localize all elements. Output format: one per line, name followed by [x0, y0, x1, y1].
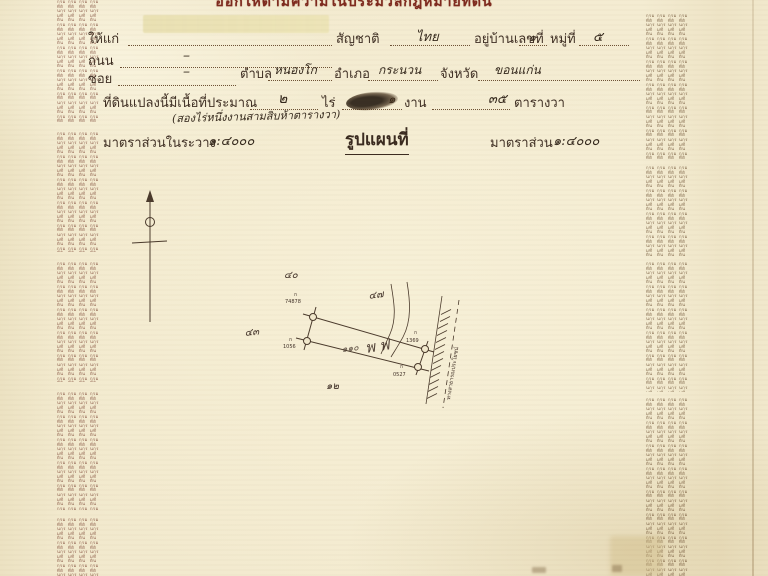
road-label: ทางสาธารณประโยชน์ — [444, 346, 460, 400]
corner-number-br: 0527 — [393, 372, 406, 378]
neighbor-parcel-top-left: ๔๐ — [284, 270, 299, 281]
public-road: ทางสาธารณประโยชน์ — [426, 296, 460, 408]
boundary-stone-labels: ก 74878 ก 1056 ก 1369 ก 0527 — [283, 292, 419, 378]
neighbor-parcel-numbers: ๔๐ ๔๗ ๔๓ ๑๒ — [244, 270, 386, 392]
neighbor-parcel-top: ๔๗ — [368, 289, 386, 302]
north-arrow-icon — [132, 190, 167, 322]
corner-prefix-l: ก — [289, 337, 292, 343]
neighbor-parcel-bottom: ๑๒ — [326, 381, 339, 392]
cadastral-map: ทางสาธารณประโยชน์ ก 74878 ก 1056 ก 1369 … — [0, 0, 768, 576]
black-annotation: พฟ — [364, 335, 395, 357]
red-annotation: ๑๑๐ — [341, 343, 359, 355]
corner-number-r: 1369 — [406, 338, 419, 344]
corner-prefix-br: ก — [400, 364, 403, 370]
corner-number-l: 1056 — [283, 344, 296, 350]
land-deed-document: ออกให้ตามความในประมวลกฎหมายที่ดิน กรมที่… — [0, 0, 768, 576]
faint-bottom-mark — [532, 567, 546, 573]
corner-number-tl: 74878 — [285, 299, 301, 305]
paper-crease — [752, 0, 754, 576]
faint-bottom-mark — [612, 565, 622, 572]
corner-prefix-tl: ก — [294, 292, 297, 298]
corner-prefix-r: ก — [414, 330, 417, 336]
neighbor-parcel-left: ๔๓ — [244, 326, 261, 339]
